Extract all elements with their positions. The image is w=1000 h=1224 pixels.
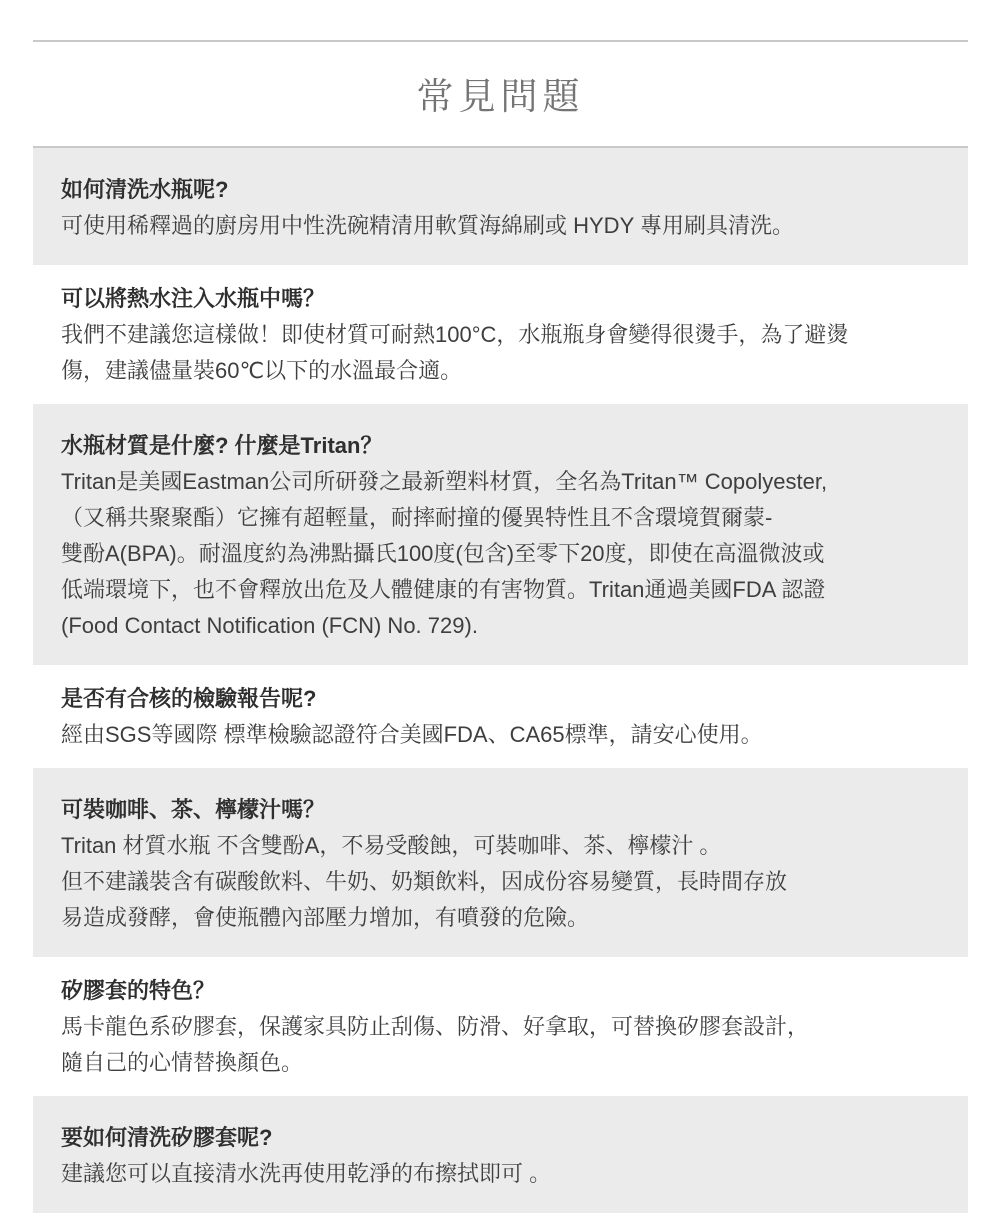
faq-question: 可裝咖啡、茶、檸檬汁嗎？ xyxy=(61,792,962,828)
faq-answer: Tritan是美國Eastman公司所研發之最新塑料材質，全名為Tritan™ … xyxy=(61,464,962,644)
faq-item-clean-silicone-sleeve: 要如何清洗矽膠套呢? 建議您可以直接清水洗再使用乾淨的布擦拭即可 。 xyxy=(33,1096,968,1213)
faq-item-test-report: 是否有合核的檢驗報告呢? 經由SGS等國際 標準檢驗認證符合美國FDA、CA65… xyxy=(33,665,968,768)
faq-answer: 經由SGS等國際 標準檢驗認證符合美國FDA、CA65標準，請安心使用。 xyxy=(61,717,962,753)
faq-question: 要如何清洗矽膠套呢? xyxy=(61,1120,962,1156)
faq-answer: 可使用稀釋過的廚房用中性洗碗精清用軟質海綿刷或 HYDY 專用刷具清洗。 xyxy=(61,208,962,244)
faq-answer: 建議您可以直接清水洗再使用乾淨的布擦拭即可 。 xyxy=(61,1156,962,1192)
faq-answer: 馬卡龍色系矽膠套，保護家具防止刮傷、防滑、好拿取，可替換矽膠套設計， 隨自己的心… xyxy=(61,1009,962,1081)
faq-item-coffee-tea-lemon: 可裝咖啡、茶、檸檬汁嗎？ Tritan 材質水瓶 不含雙酚A，不易受酸蝕，可裝咖… xyxy=(33,768,968,957)
faq-question: 矽膠套的特色？ xyxy=(61,973,962,1009)
faq-item-material-tritan: 水瓶材質是什麼? 什麼是Tritan？ Tritan是美國Eastman公司所研… xyxy=(33,404,968,665)
faq-question: 可以將熱水注入水瓶中嗎？ xyxy=(61,281,962,317)
faq-page: 常見問題 如何清洗水瓶呢? 可使用稀釋過的廚房用中性洗碗精清用軟質海綿刷或 HY… xyxy=(0,0,1000,1224)
faq-question: 如何清洗水瓶呢? xyxy=(61,172,962,208)
faq-item-hot-water: 可以將熱水注入水瓶中嗎？ 我們不建議您這樣做！即使材質可耐熱100°C，水瓶瓶身… xyxy=(33,265,968,404)
faq-question: 是否有合核的檢驗報告呢? xyxy=(61,681,962,717)
faq-answer: Tritan 材質水瓶 不含雙酚A，不易受酸蝕，可裝咖啡、茶、檸檬汁 。 但不建… xyxy=(61,828,962,936)
faq-question: 水瓶材質是什麼? 什麼是Tritan？ xyxy=(61,428,962,464)
faq-answer: 我們不建議您這樣做！即使材質可耐熱100°C，水瓶瓶身會變得很燙手，為了避燙 傷… xyxy=(61,317,962,389)
page-title: 常見問題 xyxy=(33,66,968,120)
title-band: 常見問題 xyxy=(33,42,968,146)
faq-item-clean-bottle: 如何清洗水瓶呢? 可使用稀釋過的廚房用中性洗碗精清用軟質海綿刷或 HYDY 專用… xyxy=(33,148,968,265)
top-spacer xyxy=(0,0,1000,40)
faq-item-silicone-sleeve-feature: 矽膠套的特色？ 馬卡龍色系矽膠套，保護家具防止刮傷、防滑、好拿取，可替換矽膠套設… xyxy=(33,957,968,1096)
